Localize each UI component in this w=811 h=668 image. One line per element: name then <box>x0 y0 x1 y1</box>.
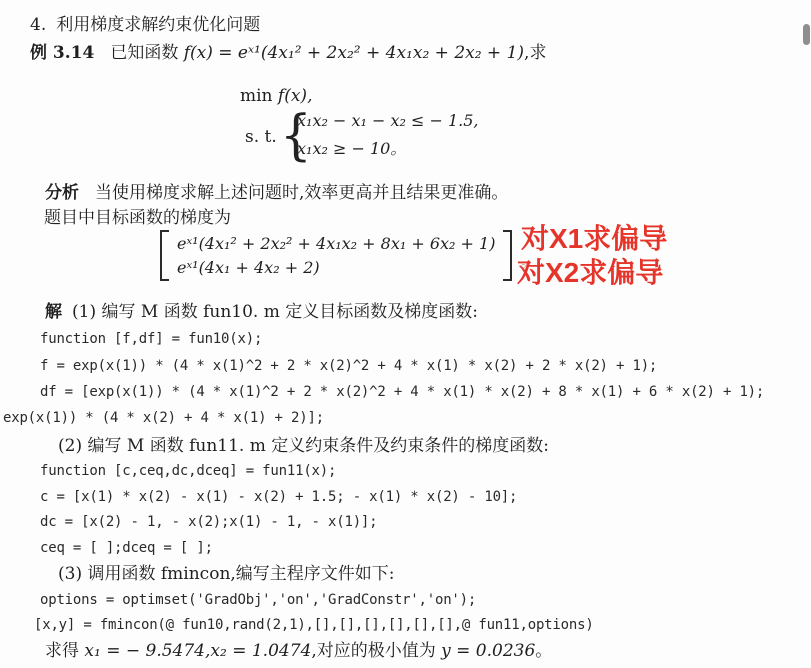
left-bracket <box>160 230 169 281</box>
annotation-partial-derivative-x1: 对X1求偏导 <box>521 224 667 255</box>
example-label: 例 3.14 <box>30 43 94 63</box>
result-mid: ,对应的极小值为 <box>311 641 435 661</box>
constraint-1: x₁x₂ − x₁ − x₂ ≤ − 1.5, <box>297 111 479 131</box>
result-x-values: x₁ = − 9.5474,x₂ = 1.0474 <box>84 641 311 661</box>
section-number: 4. <box>30 15 46 35</box>
min-word: min <box>240 86 273 106</box>
code-line-ceq-dceq: ceq = [ ];dceq = [ ]; <box>40 540 213 558</box>
matrix-row-df-dx2: eˣ¹(4x₁ + 4x₂ + 2) <box>177 258 495 277</box>
solution-step-1: 解(1) 编写 M 函数 fun10. m 定义目标函数及梯度函数: <box>45 302 478 323</box>
code-line-df-definition: df = [exp(x(1)) * (4 * x(1)^2 + 2 * x(2)… <box>40 384 764 402</box>
example-suffix: ,求 <box>524 43 546 63</box>
textbook-page: 4.利用梯度求解约束优化问题 例 3.14已知函数 f(x) = eˣ¹(4x₁… <box>0 0 811 668</box>
solution-step-2: (2) 编写 M 函数 fun11. m 定义约束条件及约束条件的梯度函数: <box>58 436 549 457</box>
annotation-partial-derivative-x2: 对X2求偏导 <box>517 258 663 289</box>
example-heading: 例 3.14已知函数 f(x) = eˣ¹(4x₁² + 2x₂² + 4x₁x… <box>30 43 546 64</box>
code-line-fmincon-call: [x,y] = fmincon(@ fun10,rand(2,1),[],[],… <box>34 617 594 635</box>
code-line-fun10-signature: function [f,df] = fun10(x); <box>40 331 262 349</box>
matrix-rows: eˣ¹(4x₁² + 2x₂² + 4x₁x₂ + 8x₁ + 6x₂ + 1)… <box>169 230 503 281</box>
section-title: 利用梯度求解约束优化问题 <box>56 15 260 35</box>
code-line-f-definition: f = exp(x(1)) * (4 * x(1)^2 + 2 * x(2)^2… <box>40 358 657 376</box>
section-heading: 4.利用梯度求解约束优化问题 <box>30 15 260 36</box>
code-line-df-continued: exp(x(1)) * (4 * x(2) + 4 * x(1) + 2)]; <box>3 410 324 428</box>
solution-step-3: (3) 调用函数 fmincon,编写主程序文件如下: <box>58 564 395 585</box>
vertical-scrollbar-thumb[interactable] <box>803 24 810 45</box>
matrix-row-df-dx1: eˣ¹(4x₁² + 2x₂² + 4x₁x₂ + 8x₁ + 6x₂ + 1) <box>177 234 495 253</box>
analysis-text: 当使用梯度求解上述问题时,效率更高并且结果更准确。 <box>95 183 508 203</box>
st-label: s. t. <box>245 127 277 148</box>
result-line: 求得 x₁ = − 9.5474,x₂ = 1.0474,对应的极小值为 y =… <box>45 641 552 662</box>
code-line-fun11-signature: function [c,ceq,dc,dceq] = fun11(x); <box>40 463 336 481</box>
result-end: 。 <box>535 641 552 661</box>
code-line-c-definition: c = [x(1) * x(2) - x(1) - x(2) + 1.5; - … <box>40 489 517 507</box>
analysis-paragraph: 分析当使用梯度求解上述问题时,效率更高并且结果更准确。 <box>45 183 508 204</box>
gradient-intro: 题目中目标函数的梯度为 <box>44 208 231 229</box>
code-line-options: options = optimset('GradObj','on','GradC… <box>40 592 476 610</box>
objective-function-formula: f(x) = eˣ¹(4x₁² + 2x₂² + 4x₁x₂ + 2x₂ + 1… <box>184 43 524 63</box>
gradient-matrix: eˣ¹(4x₁² + 2x₂² + 4x₁x₂ + 8x₁ + 6x₂ + 1)… <box>160 230 512 281</box>
result-y-value: y = 0.0236 <box>441 641 535 661</box>
right-bracket <box>503 230 512 281</box>
analysis-label: 分析 <box>45 183 79 203</box>
example-intro: 已知函数 <box>110 43 178 63</box>
result-pre: 求得 <box>45 641 79 661</box>
code-line-dc-definition: dc = [x(2) - 1, - x(2);x(1) - 1, - x(1)]… <box>40 514 377 532</box>
step1-text: (1) 编写 M 函数 fun10. m 定义目标函数及梯度函数: <box>72 302 478 322</box>
constraint-2: x₁x₂ ≥ − 10。 <box>297 139 406 159</box>
solution-label: 解 <box>45 302 62 322</box>
